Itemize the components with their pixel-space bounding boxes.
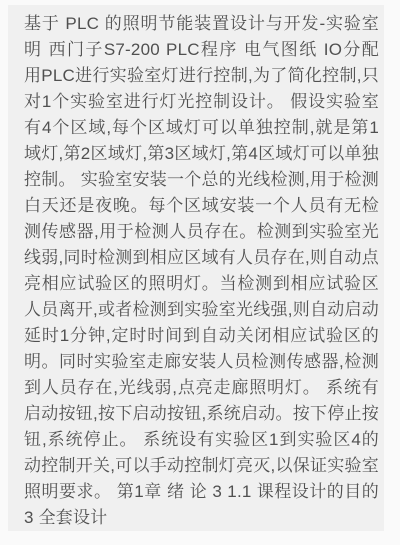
text-line: 用PLC进行实验室灯进行控制,为了简化控制,只 [24,63,379,89]
text-line: 明 西门子S7-200 PLC程序 电气图纸 IO分配 采 [24,37,379,63]
description-text-panel: 基于 PLC 的照明节能装置设计与开发-实验室照 明 西门子S7-200 PLC… [8,5,384,531]
text-line: 域灯,第2区域灯,第3区域灯,第4区域灯可以单独 [24,141,379,167]
text-line: 明。同时实验室走廊安装人员检测传感器,检测 [24,349,379,375]
text-line: 动控制开关,可以手动控制灯亮灭,以保证实验室 [24,453,379,479]
text-line: 到人员存在,光线弱,点亮走廊照明灯。 系统有 [24,375,379,401]
text-line: 有4个区域,每个区域灯可以单独控制,就是第1区 [24,115,379,141]
text-line: 线弱,同时检测到相应区域有人员存在,则自动点 [24,245,379,271]
text-line: 钮,系统停止。 系统设有实验区1到实验区4的手 [24,427,379,453]
text-line: 照明要求。 第1章 绪 论 3 1.1 课程设计的目的 [24,479,379,505]
text-line: 延时1分钟,定时时间到自动关闭相应试验区的照 [24,323,379,349]
text-line: 人员离开,或者检测到实验室光线强,则自动启动 [24,297,379,323]
text-line: 基于 PLC 的照明节能装置设计与开发-实验室照 [24,11,379,37]
text-line: 亮相应试验区的照明灯。当检测到相应试验区 [24,271,379,297]
text-line: 对1个实验室进行灯光控制设计。 假设实验室 [24,89,379,115]
page-background: { "page": { "background_color": "#fafafa… [0,0,400,545]
text-line: 控制。 实验室安装一个总的光线检测,用于检测 [24,167,379,193]
text-line: 启动按钮,按下启动按钮,系统启动。按下停止按 [24,401,379,427]
text-line: 3 全套设计 [24,505,379,531]
text-line: 白天还是夜晚。每个区域安装一个人员有无检 [24,193,379,219]
text-line: 测传感器,用于检测人员存在。检测到实验室光 [24,219,379,245]
